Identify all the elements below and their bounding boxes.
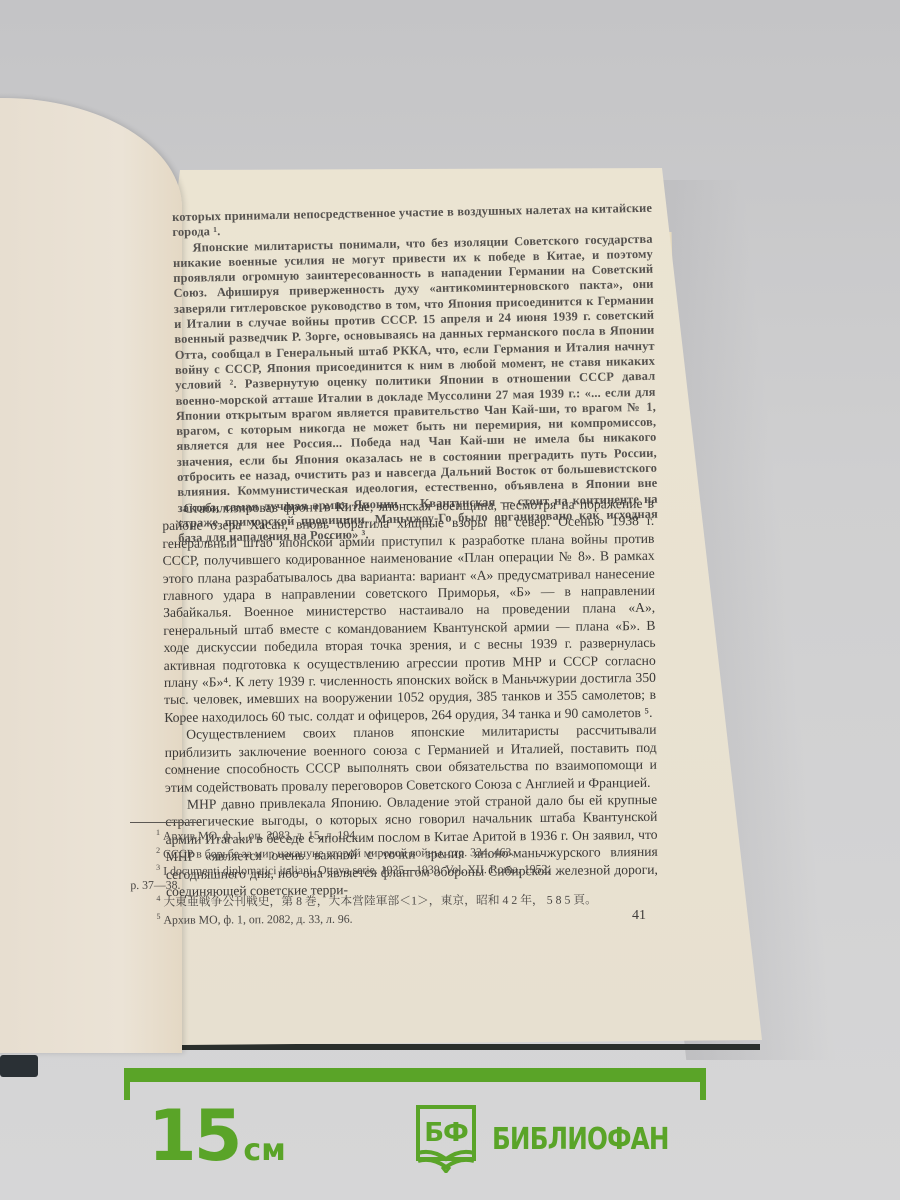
brand-name: БИБЛИОФАН [492,1122,669,1157]
book-spine [0,1055,38,1077]
footnote: 5Архив МО, ф. 1, оп. 2082, д. 33, л. 96. [130,907,650,927]
footnote-divider [130,822,202,823]
brand-logo-block: БФ БИБЛИОФАН [416,1105,707,1173]
paragraph: Осуществлением своих планов японские мил… [164,721,657,796]
size-unit: см [243,1133,285,1168]
size-number: 15 [148,1095,239,1177]
footnote: 4大東亜戦争公刊戦史，第 8 巻，大本営陸軍部＜1＞，東京，昭和 4 2 年， … [130,889,650,909]
page-number: 41 [632,908,646,924]
paragraph: Стабилизировав фронт в Китае, японская в… [162,495,656,726]
open-book-icon: БФ [416,1105,480,1173]
open-book-pages-icon [416,1149,476,1173]
size-label: 15см [148,1100,286,1172]
footnotes: 1Архив МО, ф. 1, оп. 2083, д. 15, л. 194… [130,823,651,927]
